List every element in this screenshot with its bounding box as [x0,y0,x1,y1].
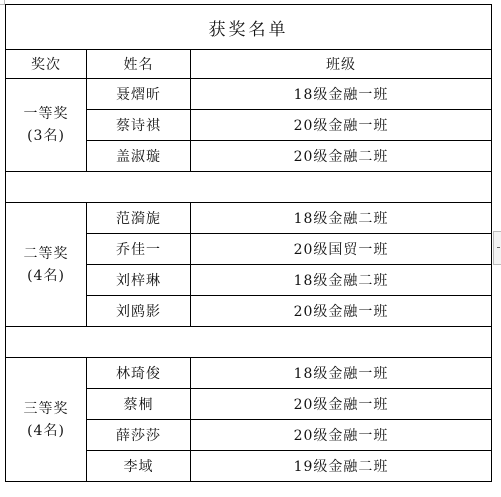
header-award: 奖次 [6,50,87,79]
award-cell-second: 二等奖 (4名) [6,203,87,327]
class-cell: 18级金融一班 [191,358,492,389]
header-class: 班级 [191,50,492,79]
name-cell: 蔡桐 [87,389,191,420]
class-cell: 20级金融一班 [191,110,492,141]
empty-cell [6,172,492,203]
class-cell: 18级金融一班 [191,79,492,110]
name-cell: 林琦俊 [87,358,191,389]
name-cell: 刘鸥影 [87,296,191,327]
name-cell: 李域 [87,451,191,482]
handle-dash-icon [497,247,500,248]
award-count: (3名) [6,125,86,147]
table-title: 获奖名单 [6,5,492,50]
award-cell-third: 三等奖 (4名) [6,358,87,482]
header-row: 奖次 姓名 班级 [6,50,492,79]
header-name: 姓名 [87,50,191,79]
class-cell: 20级金融一班 [191,420,492,451]
table-row: 二等奖 (4名) 范漪旎 18级金融二班 [6,203,492,234]
name-cell: 乔佳一 [87,234,191,265]
class-cell: 20级金融二班 [191,141,492,172]
award-cell-first: 一等奖 (3名) [6,79,87,172]
class-cell: 20级国贸一班 [191,234,492,265]
award-label: 三等奖 [6,398,86,420]
table-resize-handle[interactable] [493,231,501,265]
class-cell: 20级金融一班 [191,296,492,327]
name-cell: 薛莎莎 [87,420,191,451]
name-cell: 聂熠昕 [87,79,191,110]
name-cell: 盖淑璇 [87,141,191,172]
separator-row [6,327,492,358]
class-cell: 19级金融二班 [191,451,492,482]
award-label: 一等奖 [6,103,86,125]
name-cell: 蔡诗祺 [87,110,191,141]
table-row: 三等奖 (4名) 林琦俊 18级金融一班 [6,358,492,389]
award-list-table: 获奖名单 奖次 姓名 班级 一等奖 (3名) 聂熠昕 18级金融一班 蔡诗祺 2… [5,4,492,482]
separator-row [6,172,492,203]
name-cell: 刘梓琳 [87,265,191,296]
class-cell: 20级金融一班 [191,389,492,420]
award-label: 二等奖 [6,243,86,265]
name-cell: 范漪旎 [87,203,191,234]
empty-cell [6,327,492,358]
class-cell: 18级金融二班 [191,265,492,296]
table-row: 一等奖 (3名) 聂熠昕 18级金融一班 [6,79,492,110]
class-cell: 18级金融二班 [191,203,492,234]
award-count: (4名) [6,420,86,442]
award-count: (4名) [6,265,86,287]
